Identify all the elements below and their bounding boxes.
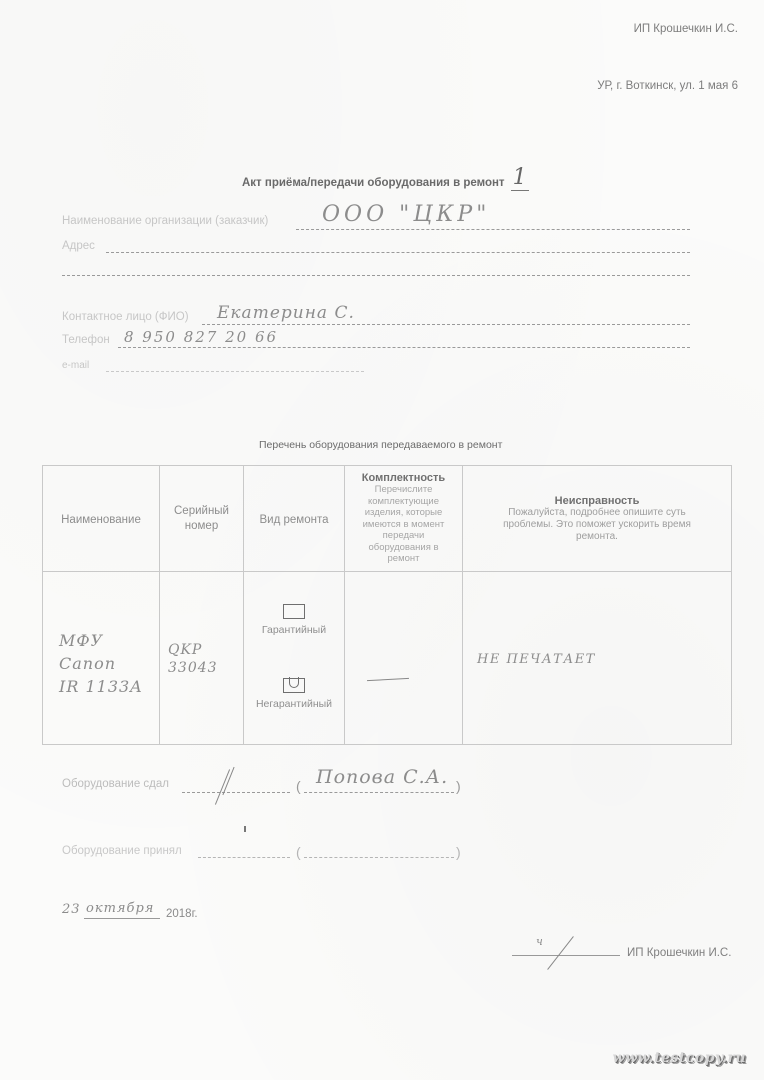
- provider-initial: ч: [536, 935, 544, 948]
- completeness-title: Комплектность: [345, 472, 462, 484]
- repair-type-cell: Гарантийный Негарантийный: [244, 572, 345, 745]
- mark: [244, 826, 246, 832]
- email-label: e-mail: [62, 360, 89, 371]
- non-warranty-label: Негарантийный: [244, 698, 344, 710]
- address-label: Адрес: [62, 240, 95, 252]
- close-paren: ): [456, 844, 461, 860]
- warranty-option[interactable]: Гарантийный: [244, 572, 344, 636]
- handed-over-label: Оборудование сдал: [62, 778, 169, 790]
- handed-name-field[interactable]: Попова С.А.: [316, 766, 448, 788]
- col-header-fault: Неисправность Пожалуйста, подробнее опиш…: [463, 466, 732, 572]
- received-name-field[interactable]: [304, 842, 454, 856]
- email-line: [106, 371, 364, 372]
- fault-title: Неисправность: [463, 495, 731, 507]
- serial-line: QKP: [168, 641, 243, 659]
- phone-label: Телефон: [62, 334, 110, 346]
- check-mark-icon: [289, 677, 299, 688]
- col-header-completeness: Комплектность Перечислите комплектующие …: [345, 466, 463, 572]
- equipment-table: Наименование Серийный номер Вид ремонта …: [42, 465, 732, 745]
- fault-hint: Пожалуйста, подробнее опишите суть пробл…: [463, 507, 731, 543]
- col-header-repair-type: Вид ремонта: [244, 466, 345, 572]
- organization-label: Наименование организации (заказчик): [62, 215, 268, 227]
- close-paren: ): [456, 778, 461, 794]
- serial-number[interactable]: QKP 33043: [160, 639, 243, 677]
- document-title-text: Акт приёма/передачи оборудования в ремон…: [242, 177, 505, 189]
- completeness-cell[interactable]: [345, 572, 463, 745]
- serial-line: 33043: [168, 659, 243, 677]
- fault-cell[interactable]: не печатает: [463, 572, 732, 745]
- provider-signature-line: [512, 955, 620, 956]
- date-day[interactable]: 23: [62, 902, 81, 917]
- provider-name: ИП Крошечкин И.С.: [627, 947, 731, 959]
- col-header-name-text: Наименование: [61, 514, 141, 526]
- address-field[interactable]: [106, 238, 690, 252]
- open-paren: (: [296, 844, 301, 860]
- table-header-row: Наименование Серийный номер Вид ремонта …: [43, 466, 732, 572]
- phone-line: [118, 347, 690, 348]
- company-name: ИП Крошечкин И.С.: [634, 23, 738, 35]
- col-header-serial: Серийный номер: [160, 466, 244, 572]
- col-header-serial-text: Серийный номер: [160, 504, 243, 534]
- address-line-2: [62, 275, 690, 276]
- date-month[interactable]: октября: [86, 901, 154, 916]
- handed-signature[interactable]: [215, 769, 230, 805]
- document-title: Акт приёма/передачи оборудования в ремон…: [242, 167, 529, 192]
- contact-label: Контактное лицо (ФИО): [62, 311, 189, 323]
- organization-line: [296, 229, 690, 230]
- equipment-name-line: МФУ: [59, 629, 159, 652]
- date-year: 2018г.: [166, 908, 198, 920]
- col-header-repair-type-text: Вид ремонта: [260, 514, 329, 526]
- provider-signature[interactable]: [547, 936, 574, 970]
- received-label: Оборудование принял: [62, 845, 182, 857]
- open-paren: (: [296, 778, 301, 794]
- email-field[interactable]: [106, 358, 364, 371]
- contact-line: [202, 324, 690, 325]
- equipment-list-title: Перечень оборудования передаваемого в ре…: [259, 439, 502, 451]
- completeness-hint: Перечислите комплектующие изделия, котор…: [345, 484, 462, 565]
- equipment-name-cell[interactable]: МФУ Canon IR 1133A: [43, 572, 160, 745]
- date-line: [84, 918, 160, 919]
- warranty-label: Гарантийный: [244, 624, 344, 636]
- equipment-name-line: Canon: [59, 652, 159, 675]
- non-warranty-checkbox[interactable]: [283, 678, 305, 693]
- watermark: www.testcopy.ru: [613, 1050, 746, 1066]
- handed-name-line: [304, 792, 454, 793]
- col-header-name: Наименование: [43, 466, 160, 572]
- equipment-name[interactable]: МФУ Canon IR 1133A: [43, 619, 159, 698]
- warranty-checkbox[interactable]: [283, 604, 305, 619]
- equipment-name-line: IR 1133A: [59, 675, 159, 698]
- fault-description[interactable]: не печатает: [463, 649, 731, 667]
- phone-field[interactable]: 8 950 827 20 66: [124, 328, 278, 346]
- act-number[interactable]: 1: [511, 165, 529, 191]
- company-address: УР, г. Воткинск, ул. 1 мая 6: [597, 80, 738, 92]
- organization-field[interactable]: ООО "ЦКР": [322, 202, 490, 227]
- received-signature-line[interactable]: [198, 857, 290, 858]
- serial-number-cell[interactable]: QKP 33043: [160, 572, 244, 745]
- table-row: МФУ Canon IR 1133A QKP 33043 Гарантийный…: [43, 572, 732, 745]
- received-name-line: [304, 857, 454, 858]
- completeness-dash: [367, 677, 409, 680]
- address-line-1: [106, 252, 690, 253]
- non-warranty-option[interactable]: Негарантийный: [244, 636, 344, 710]
- contact-field[interactable]: Екатерина С.: [217, 303, 355, 323]
- handed-signature-line: [182, 792, 290, 793]
